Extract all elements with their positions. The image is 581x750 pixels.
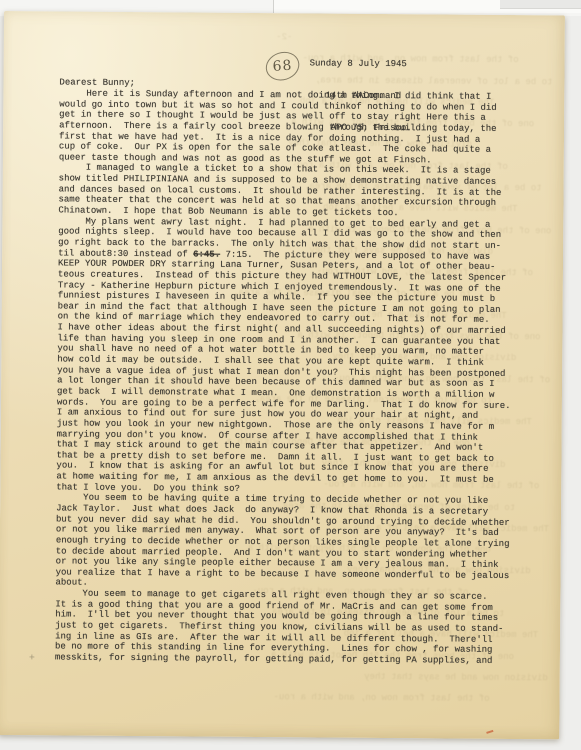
struck-text: 6:45. bbox=[193, 249, 220, 259]
greeting: Dearest Bunny; bbox=[59, 77, 135, 88]
letter-body: Here it is Sunday afternoon and I am not… bbox=[55, 88, 513, 666]
scanned-letter-page: { "colors":{ "paper":"#ecdcb4", "ink":"#… bbox=[0, 0, 581, 750]
letter-paper: -2-of the last from now on, and with a r… bbox=[0, 11, 565, 739]
pencil-page-number: 68 bbox=[272, 58, 293, 75]
bleedthrough-text: of the last from now on, and with a rou- bbox=[0, 685, 560, 711]
background-sheet-corner bbox=[500, 0, 581, 9]
date-line: Sunday 8 July 1945 bbox=[310, 59, 413, 70]
pencil-margin-mark: + bbox=[29, 653, 35, 664]
red-ink-speck bbox=[486, 730, 493, 734]
